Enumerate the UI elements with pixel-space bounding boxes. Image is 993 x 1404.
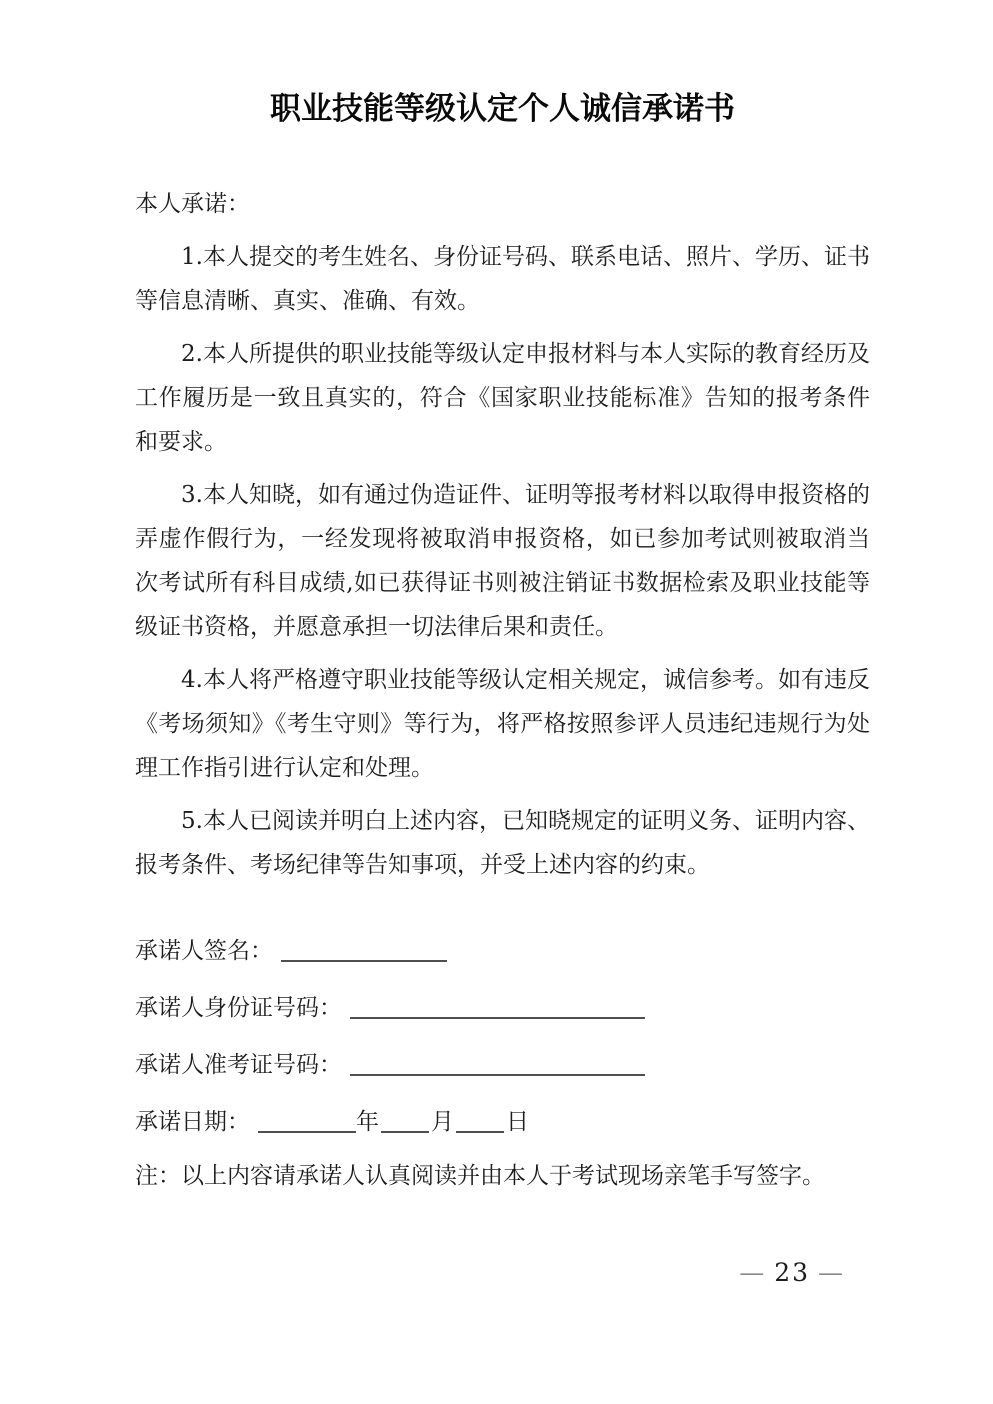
page-number-right-dash: — [810,1258,853,1287]
signature-id-row: 承诺人身份证号码： [135,986,870,1030]
year-label: 年 [356,1109,379,1135]
paragraph-3: 3.本人知晓，如有通过伪造证件、证明等报考材料以取得申报资格的弄虚作假行为，一经… [135,473,870,649]
signature-ticket-blank-line [350,1052,645,1076]
signature-date-label: 承诺日期： [135,1109,250,1135]
date-year-blank-line [258,1109,356,1133]
document-content: 职业技能等级认定个人诚信承诺书 本人承诺： 1.本人提交的考生姓名、身份证号码、… [135,0,870,1198]
page-number-left-dash: — [731,1258,774,1287]
document-page: 职业技能等级认定个人诚信承诺书 本人承诺： 1.本人提交的考生姓名、身份证号码、… [0,0,993,1404]
signature-name-label: 承诺人签名： [135,938,273,964]
date-day-blank-line [456,1109,504,1133]
paragraph-1: 1.本人提交的考生姓名、身份证号码、联系电话、照片、学历、证书等信息清晰、真实、… [135,235,870,323]
paragraph-4: 4.本人将严格遵守职业技能等级认定相关规定，诚信参考。如有违反《考场须知》《考生… [135,658,870,790]
page-number-value: 23 [774,1258,810,1287]
signature-ticket-row: 承诺人准考证号码： [135,1043,870,1087]
date-month-blank-line [381,1109,429,1133]
month-label: 月 [431,1109,454,1135]
page-number: —23— [731,1256,853,1290]
signature-name-blank-line [281,938,447,962]
intro-line: 本人承诺： [135,182,870,226]
signature-id-label: 承诺人身份证号码： [135,995,342,1021]
signature-name-row: 承诺人签名： [135,929,870,973]
note-line: 注：以上内容请承诺人认真阅读并由本人于考试现场亲笔手写签字。 [135,1154,870,1198]
document-title: 职业技能等级认定个人诚信承诺书 [135,88,870,130]
signature-id-blank-line [350,995,645,1019]
day-label: 日 [506,1109,529,1135]
signature-date-row: 承诺日期：年月日 [135,1100,870,1144]
signature-ticket-label: 承诺人准考证号码： [135,1052,342,1078]
signature-section: 承诺人签名： 承诺人身份证号码： 承诺人准考证号码： 承诺日期：年月日 注：以上… [135,929,870,1198]
paragraph-2: 2.本人所提供的职业技能等级认定申报材料与本人实际的教育经历及工作履历是一致且真… [135,332,870,464]
paragraph-5: 5.本人已阅读并明白上述内容，已知晓规定的证明义务、证明内容、报考条件、考场纪律… [135,799,870,887]
